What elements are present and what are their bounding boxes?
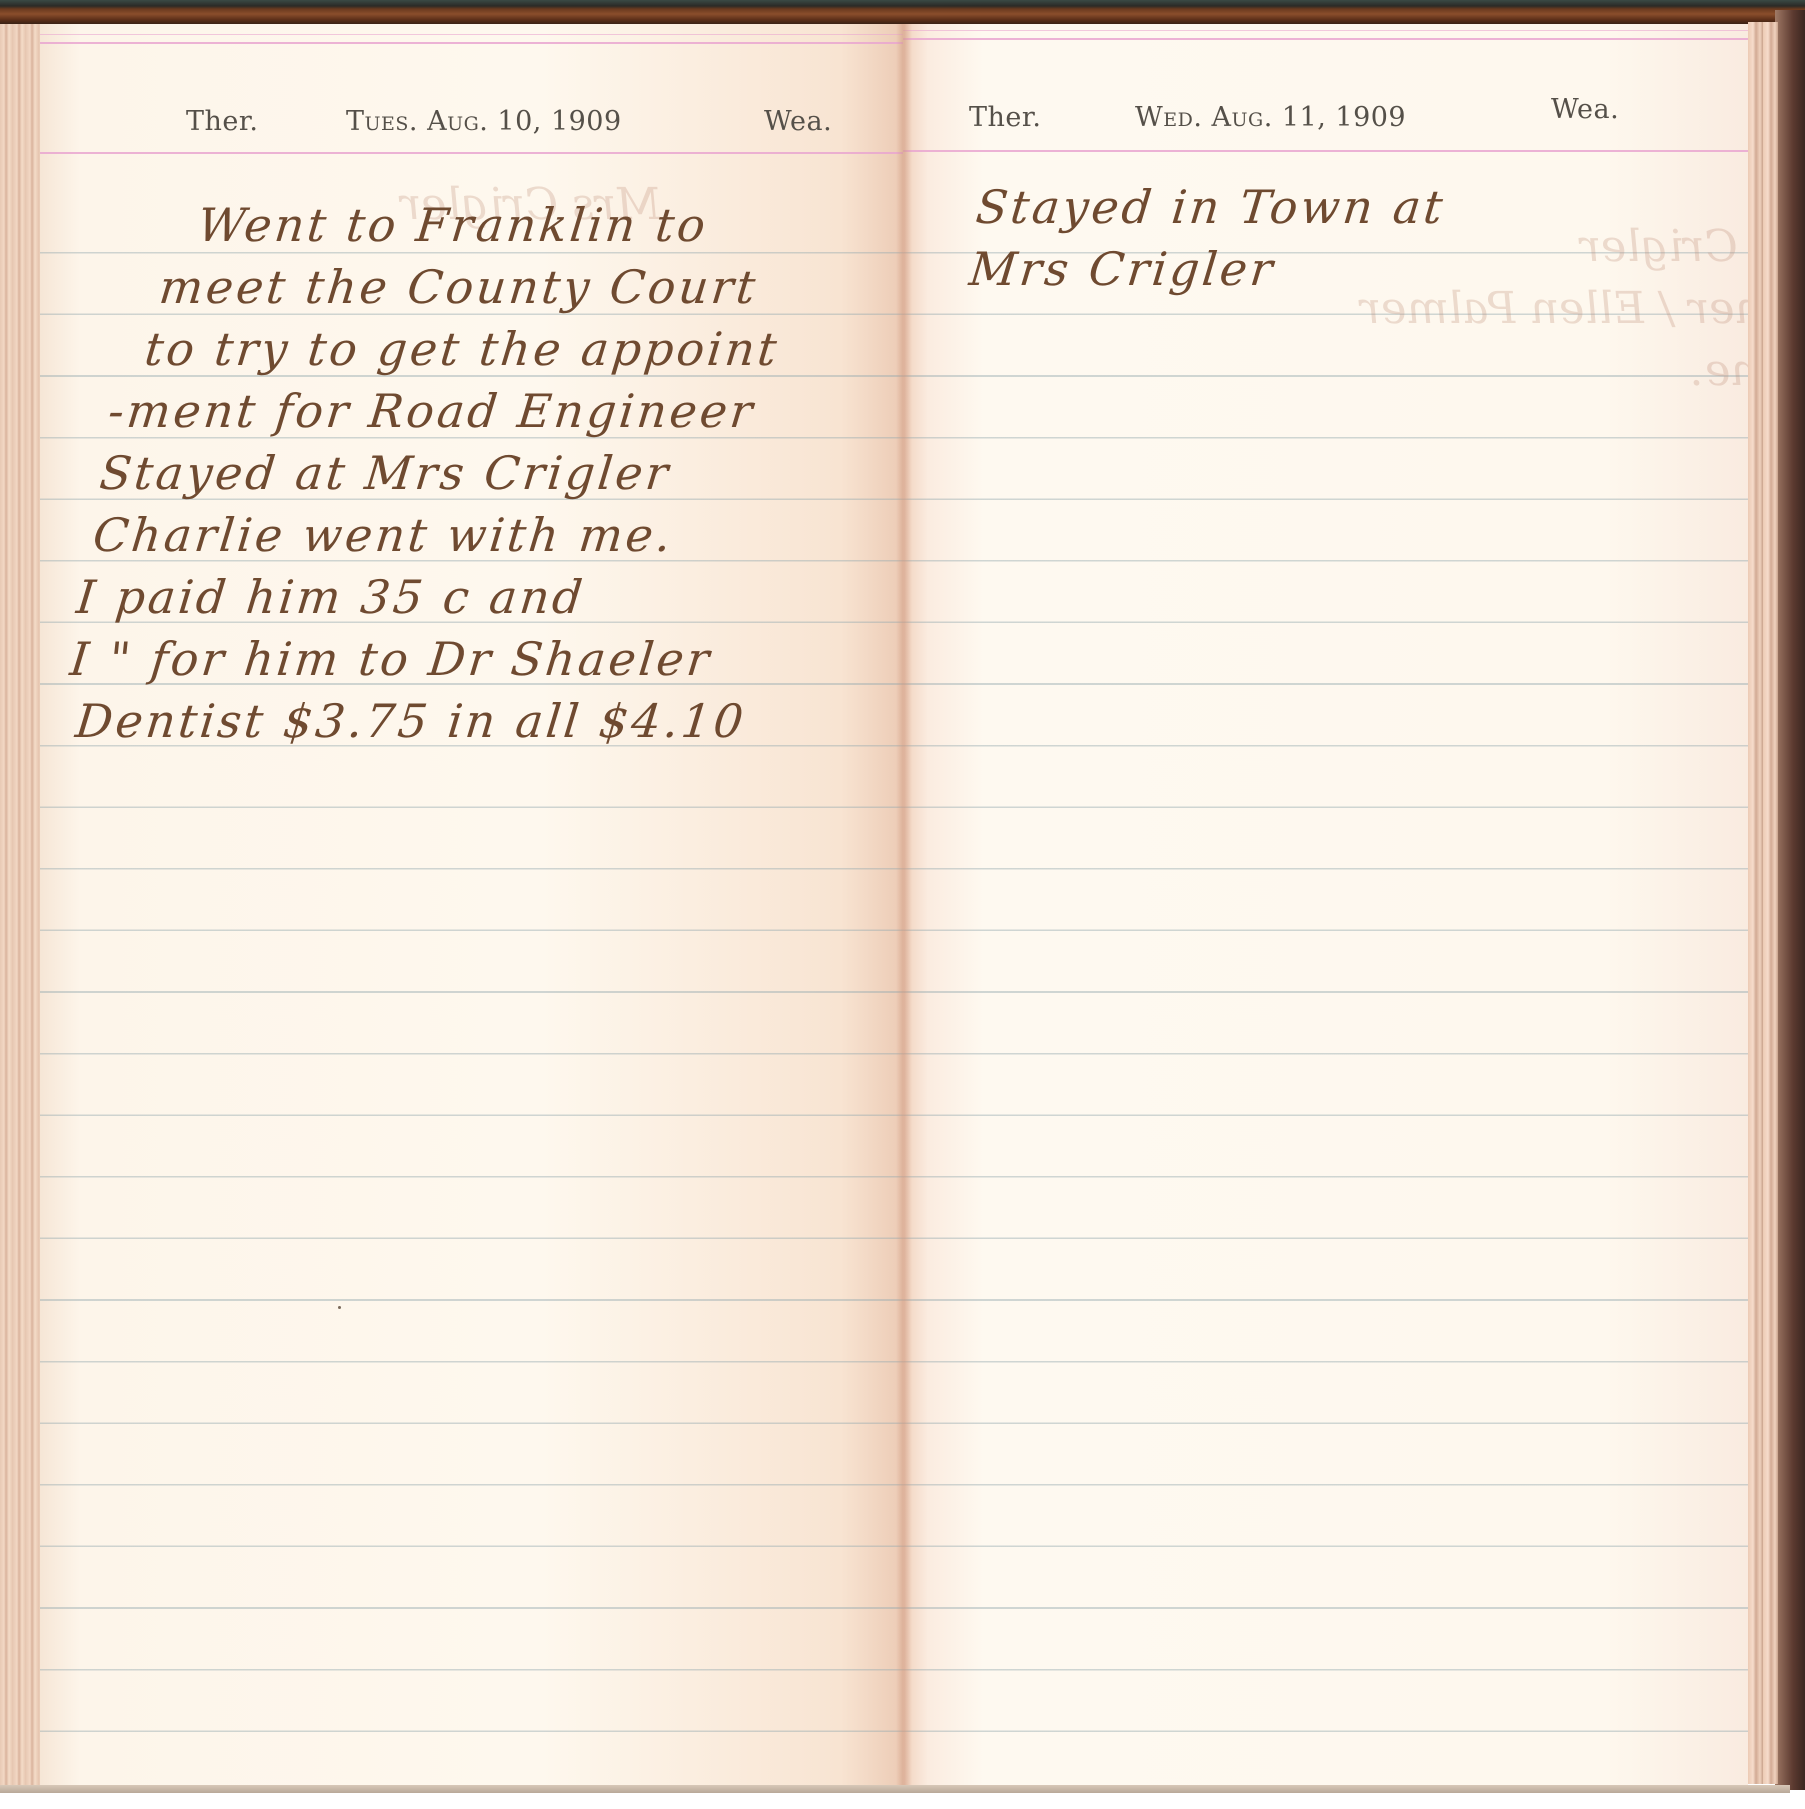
book-cover-top-edge [0,0,1805,26]
right-page: Ther. Wed. Aug. 11, 1909 Wea. PaidMrs Cr… [903,24,1748,1786]
page-block-left-edge [0,24,40,1786]
page-header: Ther. Tues. Aug. 10, 1909 Wea. [40,106,903,146]
entry-line: Went to Franklin to [103,194,802,256]
header-rule-bottom [903,150,1748,152]
ink-speck [338,1306,341,1309]
entry-line: -ment for Road Engineer [83,380,782,442]
page-date: Tues. Aug. 10, 1909 [346,106,622,137]
header-rule-top-double [903,38,1748,40]
entry-line: I paid him 35 c and [64,566,763,628]
entry-line: I " for him to Dr Shaeler [57,628,756,690]
page-block-right-edge [1748,22,1778,1784]
diary-entry: Went to Franklin to meet the County Cour… [51,194,802,752]
entry-line: Stayed in Town at [973,176,1449,238]
diary-spread: Ther. Tues. Aug. 10, 1909 Wea. Mrs Crigl… [0,0,1805,1809]
weather-label: Wea. [1551,94,1619,125]
thermometer-label: Ther. [186,106,258,137]
header-rule-bottom [40,152,903,154]
book-cover-right-edge [1775,10,1805,1790]
header-rule-top-double [40,42,903,44]
thermometer-label: Ther. [969,102,1041,133]
entry-line: Dentist $3.75 in all $4.10 [51,690,750,752]
entry-line: Charlie went with me. [70,504,769,566]
diary-entry: Stayed in Town at Mrs Crigler [966,176,1448,300]
page-date: Wed. Aug. 11, 1909 [1135,102,1406,133]
book-gutter [896,24,912,1786]
entry-line: Stayed at Mrs Crigler [77,442,776,504]
weather-label: Wea. [764,106,832,137]
header-rule-top [40,34,903,35]
entry-line: to try to get the appoint [90,318,789,380]
book-bottom-edge [0,1785,1790,1793]
ruled-lines [903,192,1748,1786]
page-header: Ther. Wed. Aug. 11, 1909 Wea. [903,102,1748,142]
left-page: Ther. Tues. Aug. 10, 1909 Wea. Mrs Crigl… [40,24,903,1786]
entry-line: meet the County Court [96,256,795,318]
entry-line: Mrs Crigler [966,238,1442,300]
header-rule-top [903,30,1748,31]
